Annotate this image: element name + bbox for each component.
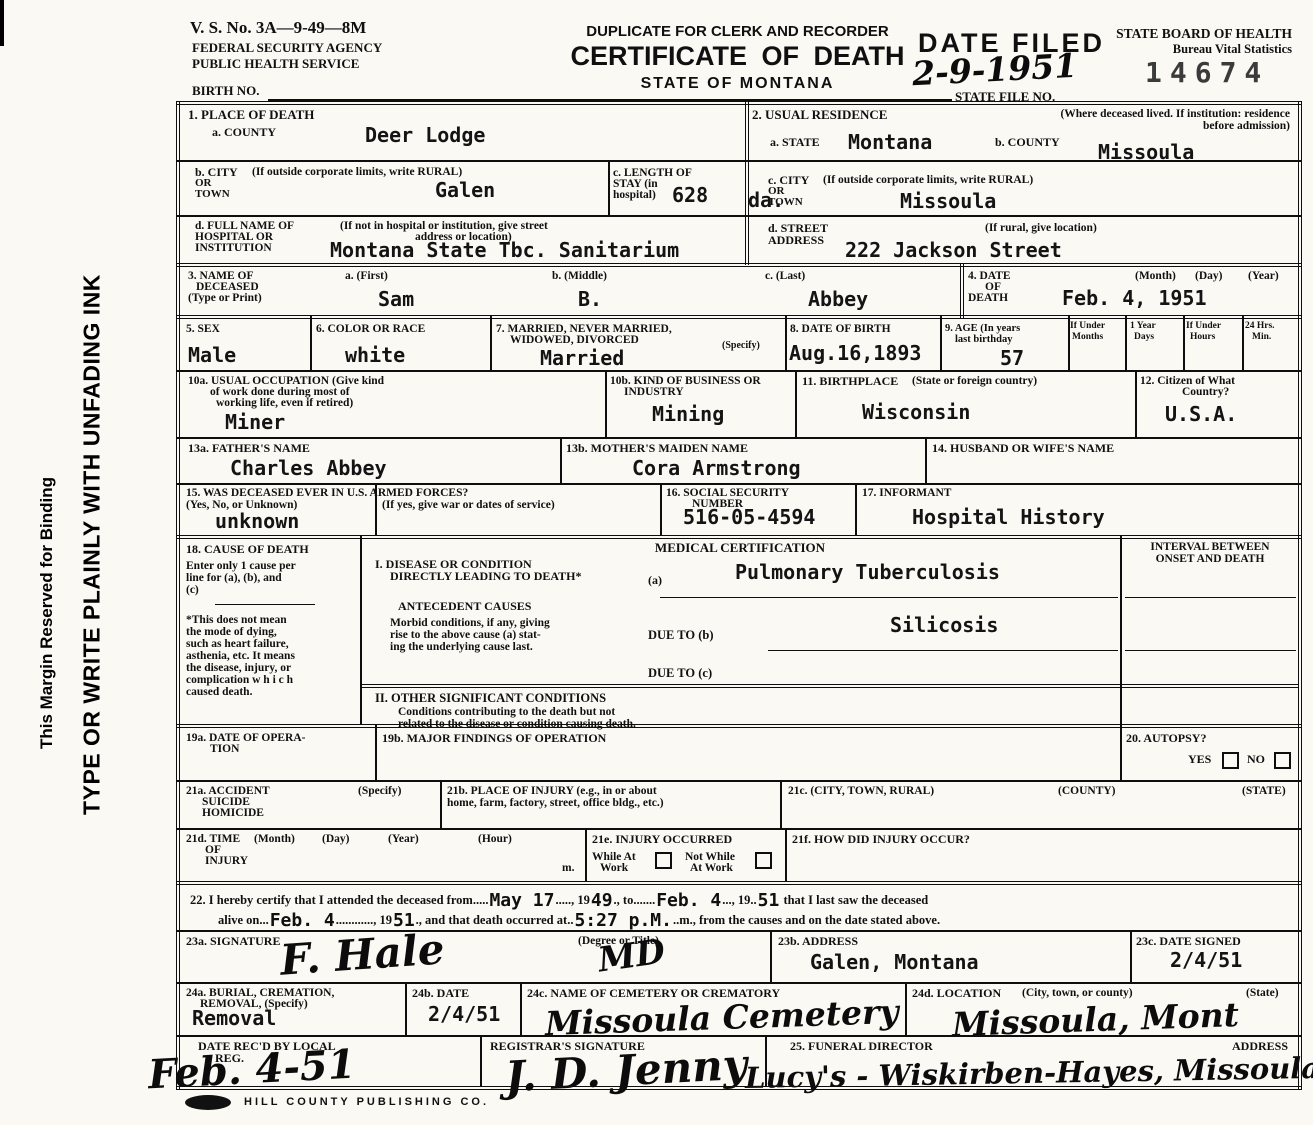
certify-dots-3: ., to.......: [614, 893, 656, 907]
autopsy-no-checkbox: [1274, 752, 1291, 769]
cause-footnote-4: asthenia, etc. It means: [186, 650, 295, 663]
citizen-label-2: Country?: [1182, 386, 1229, 399]
certify-p5: m., from the causes and on the date stat…: [679, 913, 940, 927]
other-conditions-note-1: Conditions contributing to the death but…: [398, 706, 615, 719]
vline: [480, 1035, 482, 1086]
accident-specify-note: (Specify): [358, 785, 401, 798]
vline: [960, 263, 964, 318]
stay-label-3: hospital): [613, 189, 656, 202]
cause-a-underline: [660, 597, 1118, 598]
signer-address-value: Galen, Montana: [810, 950, 979, 974]
death-date-day-label: (Day): [1195, 270, 1222, 283]
cause-footnote-1: *This does not mean: [186, 614, 287, 627]
cause-note-3: (c): [186, 584, 199, 597]
vline: [1183, 315, 1185, 370]
vline: [360, 535, 362, 724]
signer-address-label: 23b. ADDRESS: [778, 935, 858, 948]
age-col2-label-b: Days: [1134, 332, 1154, 343]
certify-dots-5: ...: [259, 913, 268, 927]
interval-label-2: ONSET AND DEATH: [1122, 553, 1298, 566]
sex-value: Male: [188, 343, 236, 367]
cause-note-2: line for (a), (b), and: [186, 572, 282, 585]
injury-county-label: (COUNTY): [1058, 785, 1116, 798]
place-county-label: a. COUNTY: [212, 126, 276, 139]
forces-note-2: (If yes, give war or dates of service): [382, 499, 555, 512]
hline: [176, 930, 1302, 932]
age-col4-label-b: Min.: [1252, 332, 1271, 343]
cause-footnote-6: complication w h i c h: [186, 674, 293, 687]
name-middle-label: b. (Middle): [552, 270, 607, 283]
hospital-label-3: INSTITUTION: [195, 242, 272, 255]
accident-label-3: HOMICIDE: [202, 807, 264, 820]
due-to-c-label: DUE TO (c): [648, 666, 712, 680]
certify-statement-line2: alive on...Feb. 4............, 1951., an…: [218, 908, 940, 929]
autopsy-label: 20. AUTOPSY?: [1126, 732, 1206, 745]
cause-b-underline: [768, 650, 1118, 651]
certify-dots-1: .....: [473, 893, 489, 907]
residence-note1: (Where deceased lived. If institution: r…: [950, 108, 1290, 121]
state-subtitle: STATE OF MONTANA: [560, 75, 915, 93]
forces-value: unknown: [215, 509, 299, 533]
date-signed-value: 2/4/51: [1170, 948, 1242, 972]
age-col4-label-a: 24 Hrs.: [1245, 321, 1275, 332]
publisher-name: HILL COUNTY PUBLISHING CO.: [244, 1096, 489, 1108]
occupation-note-3: working life, even if retired): [216, 397, 353, 410]
death-date-label-3: DEATH: [968, 292, 1008, 305]
duplicate-note: DUPLICATE FOR CLERK AND RECORDER: [565, 24, 910, 41]
certify-dots-4: ..., 19..: [722, 893, 756, 907]
death-date-value: Feb. 4, 1951: [1062, 286, 1207, 310]
vline: [1125, 315, 1127, 370]
informant-value: Hospital History: [912, 505, 1105, 529]
street-value: 222 Jackson Street: [845, 238, 1062, 262]
hline: [176, 263, 1302, 267]
vline: [608, 160, 610, 215]
antecedent-note-2: rise to the above cause (a) stat-: [390, 629, 541, 642]
degree-title-value: MD: [596, 932, 668, 981]
hline: [176, 881, 1302, 885]
certify-dots-7: ..: [567, 913, 573, 927]
birth-no-label: BIRTH NO.: [192, 84, 259, 99]
certify-dots-6: ............, 19: [336, 913, 392, 927]
antecedent-title: ANTECEDENT CAUSES: [398, 600, 531, 613]
hline: [176, 215, 1302, 217]
injury-m-label: m.: [562, 862, 574, 875]
burial-location-label: 24d. LOCATION: [912, 987, 1001, 1000]
vline: [585, 828, 587, 881]
age-label-1: 9. AGE (In years: [945, 323, 1020, 335]
hline: [176, 315, 1302, 319]
injury-day-label: (Day): [322, 833, 349, 846]
race-label: 6. COLOR OR RACE: [316, 323, 425, 336]
forces-label: 15. WAS DECEASED EVER IN U.S. ARMED FORC…: [186, 487, 468, 500]
operation-date-label-2: TION: [210, 743, 239, 756]
interval-label-1: INTERVAL BETWEEN: [1122, 541, 1298, 554]
industry-label-2: INDUSTRY: [624, 386, 684, 399]
age-label-2: last birthday: [955, 334, 1012, 346]
age-col1-label-a: If Under: [1070, 321, 1105, 332]
death-date-month-label: (Month): [1135, 270, 1176, 283]
while-at-work-label-2: Work: [600, 862, 628, 875]
vline: [520, 982, 522, 1035]
residence-city-note: (If outside corporate limits, write RURA…: [823, 174, 1033, 187]
agency-line1: FEDERAL SECURITY AGENCY: [192, 41, 382, 56]
certify-p1: 22. I hereby certify that I attended the…: [190, 893, 473, 907]
margin-binding-text: This Margin Reserved for Binding: [37, 313, 57, 913]
vline: [745, 101, 749, 265]
name-label-3: (Type or Print): [188, 292, 262, 305]
cause-a-tag: (a): [648, 574, 662, 587]
age-col3-label-a: If Under: [1186, 321, 1221, 332]
residence-note2: before admission): [950, 120, 1290, 133]
name-middle-value: B.: [578, 287, 602, 311]
burial-type-value: Removal: [192, 1006, 276, 1030]
cause-footnote-3: such as heart failure,: [186, 638, 289, 651]
date-filed-value: 2-9-1951: [911, 46, 1078, 94]
citizen-value: U.S.A.: [1165, 402, 1237, 426]
vline-right-border: [1298, 101, 1302, 1090]
interval-b-line: [1125, 650, 1296, 651]
injury-city-label: 21c. (CITY, TOWN, RURAL): [788, 785, 934, 798]
vline: [905, 982, 907, 1035]
certify-dots-2: ....., 19: [555, 893, 589, 907]
publisher-logo: [185, 1095, 231, 1110]
vline: [785, 315, 787, 370]
residence-city-label-town: TOWN: [768, 196, 803, 208]
injury-year-label: (Year): [388, 833, 419, 846]
vline: [940, 315, 942, 370]
hline: [176, 483, 1302, 485]
stay-value: 628: [672, 183, 708, 207]
certify-p3: alive on: [218, 913, 259, 927]
injury-occurred-label: 21e. INJURY OCCURRED: [592, 833, 732, 846]
father-label: 13a. FATHER'S NAME: [188, 442, 310, 455]
vline: [925, 437, 927, 483]
sex-label: 5. SEX: [186, 323, 220, 336]
mother-value: Cora Armstrong: [632, 456, 801, 480]
residence-title: 2. USUAL RESIDENCE: [752, 108, 887, 123]
hospital-value: Montana State Tbc. Sanitarium: [330, 238, 679, 262]
vline: [1068, 315, 1070, 370]
residence-county-label: b. COUNTY: [995, 136, 1060, 149]
street-note: (If rural, give location): [985, 222, 1097, 235]
state-file-no-value: 14674: [1145, 56, 1269, 89]
not-while-at-work-label-2: At Work: [690, 862, 733, 875]
vline: [375, 483, 377, 535]
hline: [176, 437, 1302, 439]
injury-hour-label: (Hour): [478, 833, 512, 846]
agency-line2: PUBLIC HEALTH SERVICE: [192, 57, 359, 72]
hline: [176, 535, 1302, 539]
injury-place-label-1: 21b. PLACE OF INJURY (e.g., in or about: [447, 785, 657, 798]
name-first-value: Sam: [378, 287, 414, 311]
marital-value: Married: [540, 346, 624, 370]
autopsy-no-label: NO: [1247, 753, 1265, 766]
hline-top: [176, 101, 1302, 105]
certify-statement-line1: 22. I hereby certify that I attended the…: [190, 888, 928, 909]
cause-note-divider: [215, 604, 315, 605]
interval-a-line: [1125, 597, 1296, 598]
injury-time-label-injury: INJURY: [205, 855, 248, 868]
how-injury-occurred-label: 21f. HOW DID INJURY OCCUR?: [792, 833, 970, 846]
injury-month-label: (Month): [254, 833, 295, 846]
form-number: V. S. No. 3A—9-49—8M: [190, 18, 366, 37]
industry-value: Mining: [652, 402, 724, 426]
not-while-at-work-checkbox: [755, 852, 772, 869]
place-county-value: Deer Lodge: [365, 123, 485, 147]
occupation-value: Miner: [225, 410, 285, 434]
injury-place-label-2: home, farm, factory, street, office bldg…: [447, 797, 664, 810]
birth-date-label: 8. DATE OF BIRTH: [790, 323, 891, 336]
vline: [765, 1035, 767, 1086]
name-last-value: Abbey: [808, 287, 868, 311]
place-city-note: (If outside corporate limits, write RURA…: [252, 166, 462, 179]
death-date-year-label: (Year): [1248, 270, 1279, 283]
residence-state-value: Montana: [848, 130, 932, 154]
cause-c-underline: [360, 684, 1298, 688]
age-col1-label-b: Months: [1072, 332, 1103, 343]
autopsy-yes-label: YES: [1188, 753, 1211, 766]
spouse-label: 14. HUSBAND OR WIFE'S NAME: [932, 442, 1114, 455]
vline: [1120, 724, 1122, 780]
operation-findings-label: 19b. MAJOR FINDINGS OF OPERATION: [382, 732, 606, 745]
vline: [660, 483, 662, 535]
place-city-label-town: TOWN: [195, 188, 230, 200]
funeral-director-label: 25. FUNERAL DIRECTOR: [790, 1040, 933, 1053]
birthplace-value: Wisconsin: [862, 400, 970, 424]
document-title: CERTIFICATE OF DEATH: [560, 41, 915, 71]
vline: [785, 828, 787, 881]
informant-label: 17. INFORMANT: [862, 487, 951, 500]
certify-last-alive: Feb. 4: [270, 910, 335, 931]
mother-label: 13b. MOTHER'S MAIDEN NAME: [566, 442, 748, 455]
burial-location-note: (City, town, or county): [1022, 987, 1133, 1000]
ssn-value: 516-05-4594: [683, 505, 815, 529]
cause-note-1: Enter only 1 cause per: [186, 560, 296, 573]
vline: [490, 315, 492, 370]
date-signed-label: 23c. DATE SIGNED: [1136, 935, 1241, 948]
burial-date-label: 24b. DATE: [412, 987, 469, 1000]
birthplace-label: 11. BIRTHPLACE: [802, 375, 898, 388]
vline: [1130, 930, 1132, 982]
signature-label: 23a. SIGNATURE: [186, 935, 280, 948]
antecedent-note-3: ing the underlying cause last.: [390, 641, 533, 654]
vline: [855, 483, 857, 535]
disease-label-2: DIRECTLY LEADING TO DEATH*: [390, 570, 582, 583]
hline: [176, 160, 1302, 162]
vline-left-border: [176, 101, 180, 1090]
cause-a-value: Pulmonary Tuberculosis: [735, 560, 1000, 584]
age-value: 57: [1000, 346, 1024, 370]
burial-date-value: 2/4/51: [428, 1002, 500, 1026]
vline: [770, 930, 772, 982]
birth-date-value: Aug.16,1893: [789, 341, 921, 365]
age-col2-label-a: 1 Year: [1130, 321, 1156, 332]
age-col3-label-b: Hours: [1190, 332, 1215, 343]
vline: [795, 370, 797, 437]
antecedent-note-1: Morbid conditions, if any, giving: [390, 617, 550, 630]
vline: [1242, 315, 1244, 370]
hline-bottom: [176, 1086, 1302, 1090]
cause-footnote-5: the disease, injury, or: [186, 662, 291, 675]
hline: [176, 1035, 1302, 1037]
vline: [605, 370, 607, 437]
certify-death-time: 5:27 p.M.: [574, 910, 672, 931]
autopsy-yes-checkbox: [1222, 752, 1239, 769]
cause-title: 18. CAUSE OF DEATH: [186, 543, 309, 556]
name-last-label: c. (Last): [765, 270, 805, 283]
marital-specify-note: (Specify): [722, 340, 760, 351]
physician-signature: F. Hale: [278, 924, 445, 984]
street-label-2: ADDRESS: [768, 234, 824, 247]
hline: [176, 828, 1302, 830]
vline: [440, 780, 442, 828]
due-to-b-value: Silicosis: [890, 613, 998, 637]
vline: [310, 315, 312, 370]
margin-ink-text: TYPE OR WRITE PLAINLY WITH UNFADING INK: [79, 165, 106, 925]
vline: [1135, 370, 1137, 437]
place-city-value: Galen: [435, 178, 495, 202]
burial-location-state-note: (State): [1246, 987, 1279, 1000]
vline: [560, 437, 562, 483]
name-first-label: a. (First): [345, 270, 388, 283]
place-of-death-title: 1. PLACE OF DEATH: [188, 108, 314, 123]
vline: [375, 724, 377, 780]
due-to-b-label: DUE TO (b): [648, 628, 714, 642]
hline: [176, 370, 1302, 372]
birthplace-note: (State or foreign country): [912, 375, 1037, 388]
residence-state-label: a. STATE: [770, 136, 820, 149]
father-value: Charles Abbey: [230, 456, 387, 480]
injury-state-label: (STATE): [1242, 785, 1286, 798]
vline: [405, 982, 407, 1035]
cause-footnote-2: the mode of dying,: [186, 626, 277, 639]
scan-edge-mark: [0, 0, 4, 46]
medical-certification-title: MEDICAL CERTIFICATION: [360, 541, 1120, 556]
race-value: white: [345, 343, 405, 367]
cause-footnote-7: caused death.: [186, 686, 252, 699]
hline: [176, 982, 1302, 984]
other-conditions-title: II. OTHER SIGNIFICANT CONDITIONS: [375, 691, 606, 705]
while-at-work-checkbox: [655, 852, 672, 869]
residence-city-value: Missoula: [900, 189, 996, 213]
certify-p2: that I last saw the deceased: [780, 893, 928, 907]
hline: [176, 780, 1302, 782]
operation-date-label-1: 19a. DATE OF OPERA-: [186, 732, 305, 745]
vline: [780, 780, 782, 828]
hline: [176, 724, 1302, 728]
marital-label-2: WIDOWED, DIVORCED: [510, 334, 639, 347]
vline: [1120, 535, 1122, 724]
